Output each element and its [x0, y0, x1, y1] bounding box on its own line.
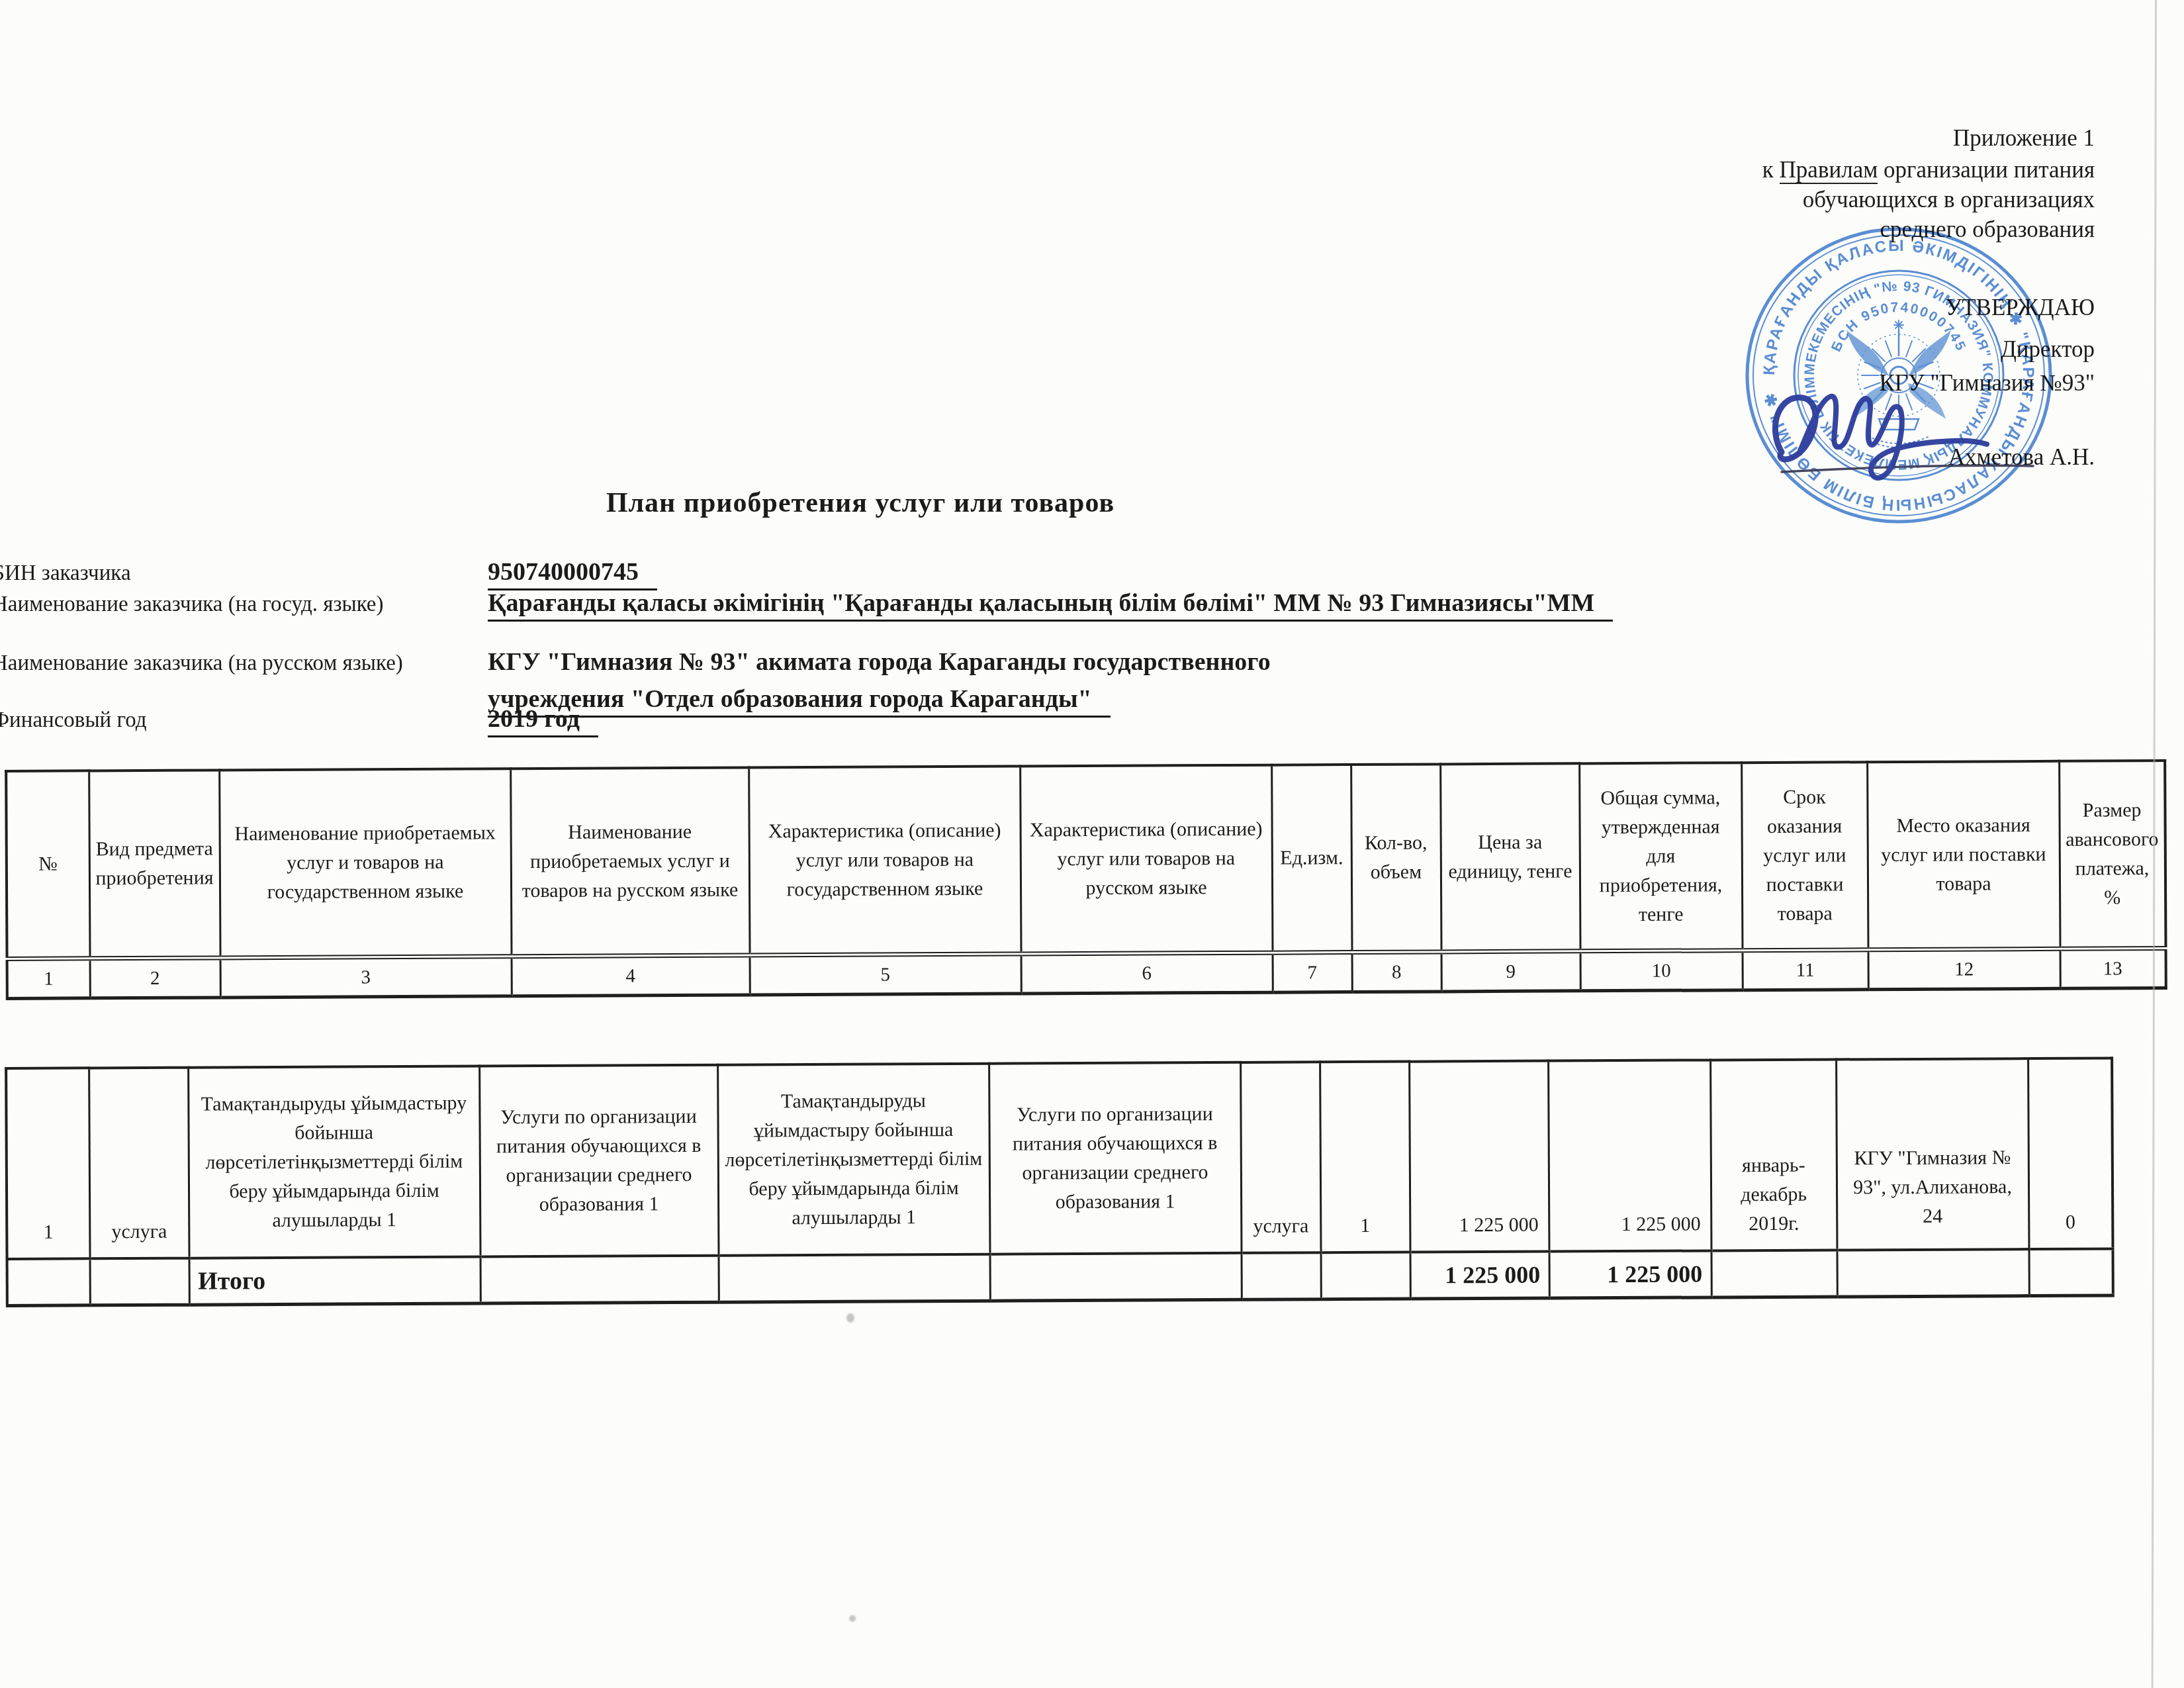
total-row: Итого 1 225 000 1 225 000 [7, 1248, 2113, 1305]
col-header-unit-price: Цена за единицу, тенге [1440, 763, 1580, 952]
field-label-name-ru: Наименование заказчика (на русском языке… [0, 651, 403, 676]
cell-period: январь-декабрь 2019г. [1710, 1059, 1837, 1250]
col-number-4: 4 [512, 955, 750, 996]
appendix-line-2-suffix: организации питания [1878, 157, 2095, 183]
field-value-year: 2019 год [488, 704, 598, 737]
col-number-10: 10 [1580, 951, 1743, 991]
col-header-place: Место оказания услуг или поставки товара [1867, 761, 2060, 950]
col-header-desc-kz: Характеристика (описание) услуг или това… [749, 767, 1021, 956]
cell-total-sum: 1 225 000 [1548, 1060, 1711, 1251]
col-header-no: № [6, 771, 89, 959]
col-number-5: 5 [750, 954, 1021, 995]
col-number-13: 13 [2060, 949, 2166, 989]
document-title: План приобретения услуг или товаров [0, 487, 1721, 519]
cell-unit: услуга [1240, 1062, 1320, 1253]
plan-header-table: № Вид предмета приобретения Наименование… [5, 759, 2167, 1000]
appendix-line-2: к Правилам организации питания [1762, 155, 2095, 185]
cell-type: услуга [89, 1068, 189, 1259]
cell-advance: 0 [2028, 1058, 2113, 1249]
total-empty-desc-ru [990, 1253, 1242, 1301]
cell-no: 1 [6, 1068, 89, 1259]
table-row: 1 услуга Тамақтандыруды ұйымдастыру бойы… [6, 1058, 2113, 1259]
col-number-2: 2 [90, 958, 220, 998]
total-empty-qty [1321, 1252, 1410, 1299]
total-label: Итого [189, 1256, 480, 1305]
col-number-1: 1 [7, 959, 90, 999]
total-unit-price: 1 225 000 [1410, 1252, 1549, 1299]
total-empty-place [1837, 1249, 2028, 1297]
total-empty-period [1711, 1250, 1837, 1297]
col-number-9: 9 [1441, 951, 1580, 992]
field-label-name-kz: Наименование заказчика (на госуд. языке) [0, 592, 384, 617]
total-empty-name-ru [480, 1256, 719, 1303]
appendix-rules-link-text: Правилам [1780, 157, 1878, 184]
cell-desc-kz: Тамақтандыруды ұйымдастыру бойынша лөрсе… [717, 1064, 989, 1256]
col-number-7: 7 [1273, 953, 1352, 993]
cell-desc-ru: Услуги по организации питания обучающихс… [989, 1062, 1241, 1254]
col-header-total-sum: Общая сумма, утвержденная для приобретен… [1579, 763, 1742, 951]
total-empty-advance [2028, 1248, 2113, 1295]
col-header-type: Вид предмета приобретения [89, 770, 220, 958]
signature-scribble [1747, 374, 2045, 500]
total-empty-type [90, 1258, 189, 1305]
col-header-unit: Ед.изм. [1271, 765, 1351, 953]
scan-speck [849, 1615, 856, 1622]
col-number-11: 11 [1743, 950, 1868, 990]
col-number-12: 12 [1868, 949, 2060, 989]
scanned-procurement-plan-page: Приложение 1 к Правилам организации пита… [0, 0, 2184, 1688]
scan-speck [846, 1313, 854, 1323]
total-empty-unit [1242, 1252, 1321, 1299]
appendix-line-1: Приложение 1 [1953, 123, 2095, 154]
appendix-line-2-prefix: к [1762, 157, 1780, 183]
field-label-bin: БИН заказчика [0, 561, 131, 586]
field-value-bin: 950740000745 [488, 557, 657, 590]
col-header-name-kz: Наименование приобретаемых услуг и товар… [219, 769, 511, 958]
total-empty-no [7, 1258, 90, 1305]
field-label-year: Финансовый год [0, 708, 147, 733]
cell-name-ru: Услуги по организации питания обучающихс… [479, 1065, 718, 1257]
total-sum: 1 225 000 [1549, 1250, 1711, 1298]
col-header-advance: Размер авансового платежа, % [2059, 761, 2165, 949]
col-header-qty: Кол-во, объем [1351, 764, 1441, 952]
col-header-name-ru: Наименование приобретаемых услуг и товар… [510, 768, 749, 957]
col-number-3: 3 [220, 957, 512, 998]
appendix-line-3: обучающихся в организациях [1803, 185, 2095, 215]
total-empty-desc-kz [719, 1254, 990, 1303]
cell-place: КГУ "Гимназия № 93", ул.Алиханова, 24 [1836, 1058, 2028, 1250]
col-number-6: 6 [1021, 953, 1273, 994]
col-header-desc-ru: Характеристика (описание) услуг или това… [1020, 765, 1272, 954]
plan-data-table: 1 услуга Тамақтандыруды ұйымдастыру бойы… [5, 1056, 2115, 1307]
col-number-8: 8 [1352, 952, 1441, 992]
cell-qty: 1 [1320, 1062, 1410, 1253]
cell-name-kz: Тамақтандыруды ұйымдастыру бойынша лөрсе… [188, 1066, 480, 1258]
cell-unit-price: 1 225 000 [1409, 1061, 1549, 1252]
field-value-name-kz: Қарағанды қаласы әкімігінің "Қарағанды қ… [488, 588, 1613, 622]
field-value-name-ru-line1: КГУ "Гимназия № 93" акимата города Караг… [488, 647, 1271, 677]
col-header-period: Срок оказания услуг или поставки товара [1741, 762, 1868, 950]
